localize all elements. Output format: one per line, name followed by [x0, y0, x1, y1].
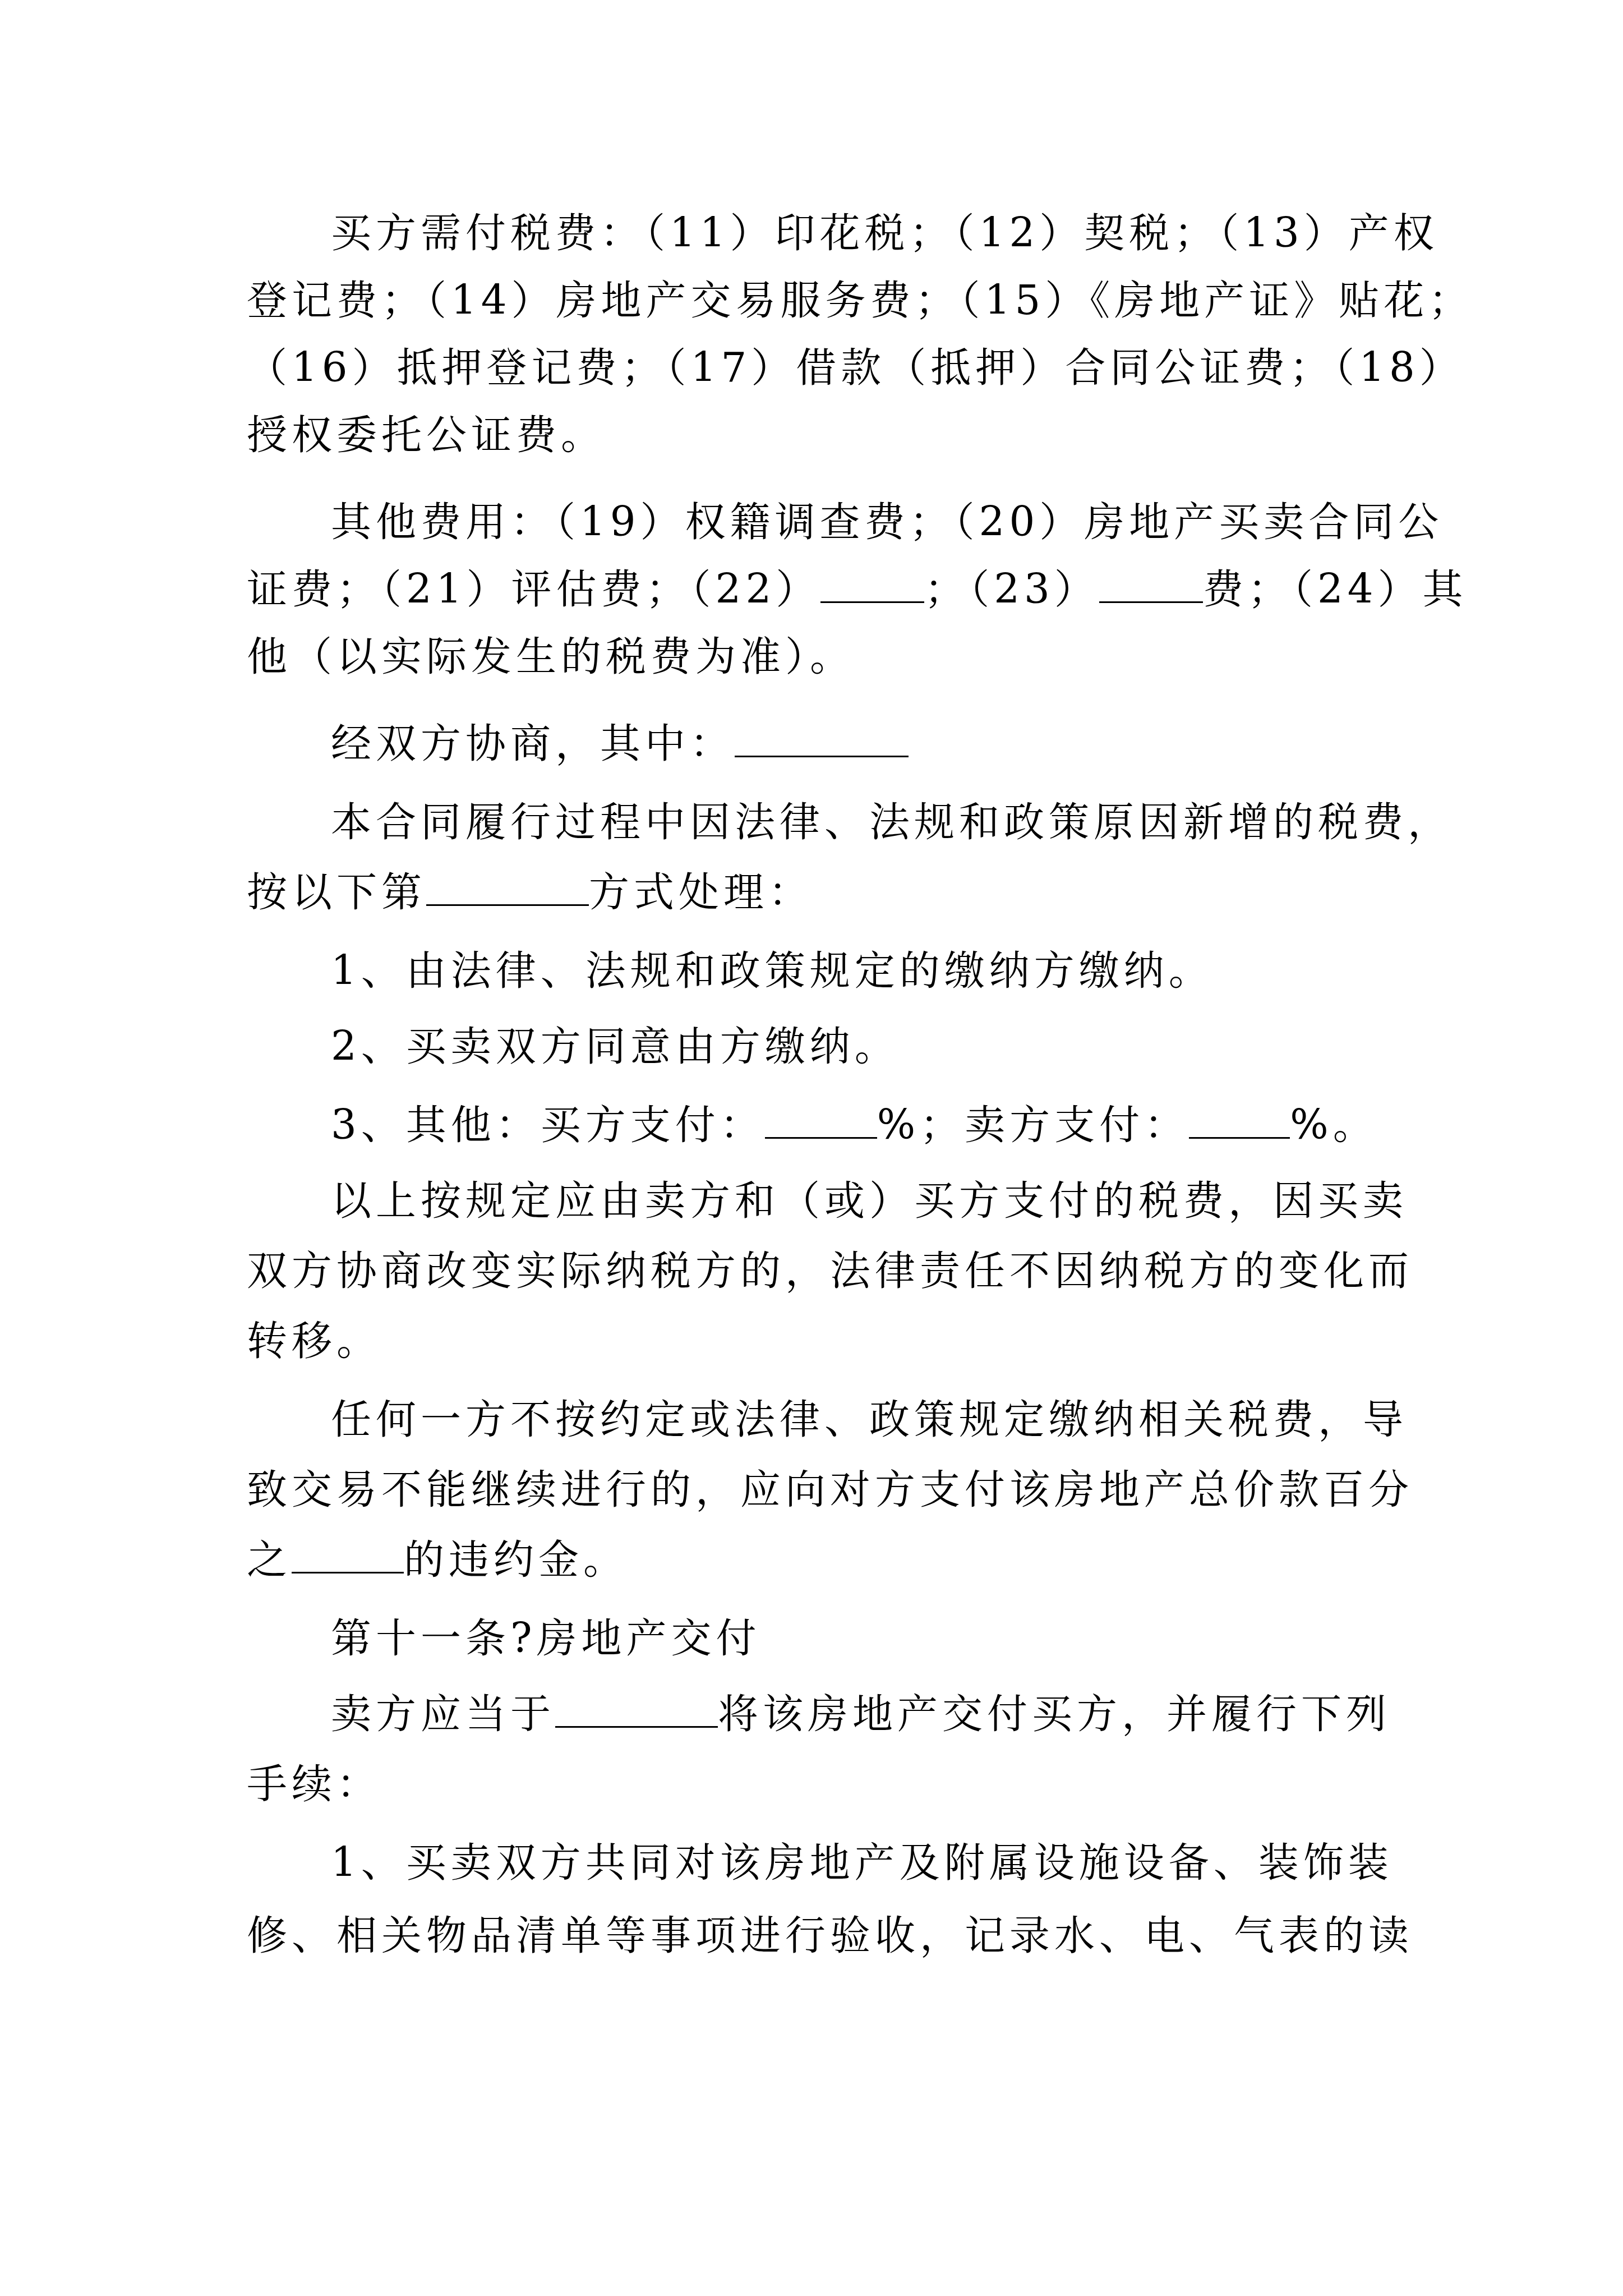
fill-in-blank-23[interactable]	[1099, 567, 1203, 603]
text-segment: ；（23）	[924, 565, 1099, 613]
text-segment: 证费；（21）评估费；（22）	[247, 565, 820, 613]
paragraph-delivery-line-2: 手续：	[247, 1756, 381, 1812]
paragraph-liability-line-2: 双方协商改变实际纳税方的，法律责任不因纳税方的变化而	[247, 1243, 1413, 1299]
fill-in-blank-method[interactable]	[426, 869, 589, 906]
paragraph-liability-line-1: 以上按规定应由卖方和（或）买方支付的税费，因买卖	[331, 1172, 1408, 1228]
text-segment: 卖方应当于	[331, 1690, 555, 1737]
option-2: 2、买卖双方同意由方缴纳。	[331, 1018, 900, 1074]
option-1: 1、由法律、法规和政策规定的缴纳方缴纳。	[331, 942, 1214, 999]
paragraph-buyer-taxes-line-1: 买方需付税费：（11）印花税；（12）契税；（13）产权	[331, 205, 1438, 261]
paragraph-buyer-taxes-line-3: （16）抵押登记费；（17）借款（抵押）合同公证费；（18）	[247, 339, 1464, 395]
paragraph-new-taxes-line-1: 本合同履行过程中因法律、法规和政策原因新增的税费，	[331, 794, 1453, 850]
text-segment: 将该房地产交付买方，并履行下列	[718, 1690, 1391, 1737]
text-segment: 费；（24）其	[1203, 565, 1468, 613]
paragraph-negotiation: 经双方协商，其中：	[331, 715, 909, 771]
fill-in-blank-penalty[interactable]	[292, 1537, 404, 1573]
paragraph-liability-line-3: 转移。	[247, 1313, 381, 1369]
text-segment: 经双方协商，其中：	[331, 720, 735, 767]
option-3: 3、其他：买方支付：%；卖方支付：%。	[331, 1097, 1378, 1153]
delivery-item-1-line-2: 修、相关物品清单等事项进行验收，记录水、电、气表的读	[247, 1907, 1413, 1963]
delivery-item-1-line-1: 1、买卖双方共同对该房地产及附属设施设备、装饰装	[331, 1834, 1393, 1890]
fill-in-blank-delivery-date[interactable]	[555, 1691, 718, 1728]
paragraph-new-taxes-line-2: 按以下第方式处理：	[247, 864, 813, 920]
text-segment: %；卖方支付：	[877, 1101, 1189, 1148]
paragraph-buyer-taxes-line-2: 登记费；（14）房地产交易服务费；（15）《房地产证》贴花；	[247, 272, 1473, 328]
fill-in-blank-buyer-percent[interactable]	[765, 1102, 877, 1139]
text-segment: 3、其他：买方支付：	[331, 1101, 765, 1148]
fill-in-blank-seller-percent[interactable]	[1189, 1102, 1290, 1139]
paragraph-other-fees-line-2: 证费；（21）评估费；（22）；（23）费；（24）其	[247, 561, 1468, 617]
document-page: 买方需付税费：（11）印花税；（12）契税；（13）产权 登记费；（14）房地产…	[0, 0, 1623, 2296]
paragraph-other-fees-line-1: 其他费用：（19）权籍调查费；（20）房地产买卖合同公	[331, 494, 1443, 550]
text-segment: 之	[247, 1536, 292, 1583]
paragraph-penalty-line-3: 之的违约金。	[247, 1531, 628, 1588]
text-segment: 的违约金。	[404, 1536, 628, 1583]
paragraph-other-fees-line-3: 他（以实际发生的税费为准）。	[247, 628, 855, 684]
text-segment: 方式处理：	[589, 868, 813, 915]
text-segment: 按以下第	[247, 868, 426, 915]
paragraph-delivery-line-1: 卖方应当于将该房地产交付买方，并履行下列	[331, 1686, 1391, 1742]
fill-in-blank-negotiation[interactable]	[735, 721, 909, 757]
paragraph-buyer-taxes-line-4: 授权委托公证费。	[247, 407, 606, 463]
article-11-heading: 第十一条?房地产交付	[331, 1610, 761, 1666]
fill-in-blank-22[interactable]	[820, 567, 924, 603]
paragraph-penalty-line-1: 任何一方不按约定或法律、政策规定缴纳相关税费，导	[331, 1391, 1408, 1447]
paragraph-penalty-line-2: 致交易不能继续进行的，应向对方支付该房地产总价款百分	[247, 1461, 1413, 1517]
text-segment: %。	[1290, 1101, 1377, 1148]
